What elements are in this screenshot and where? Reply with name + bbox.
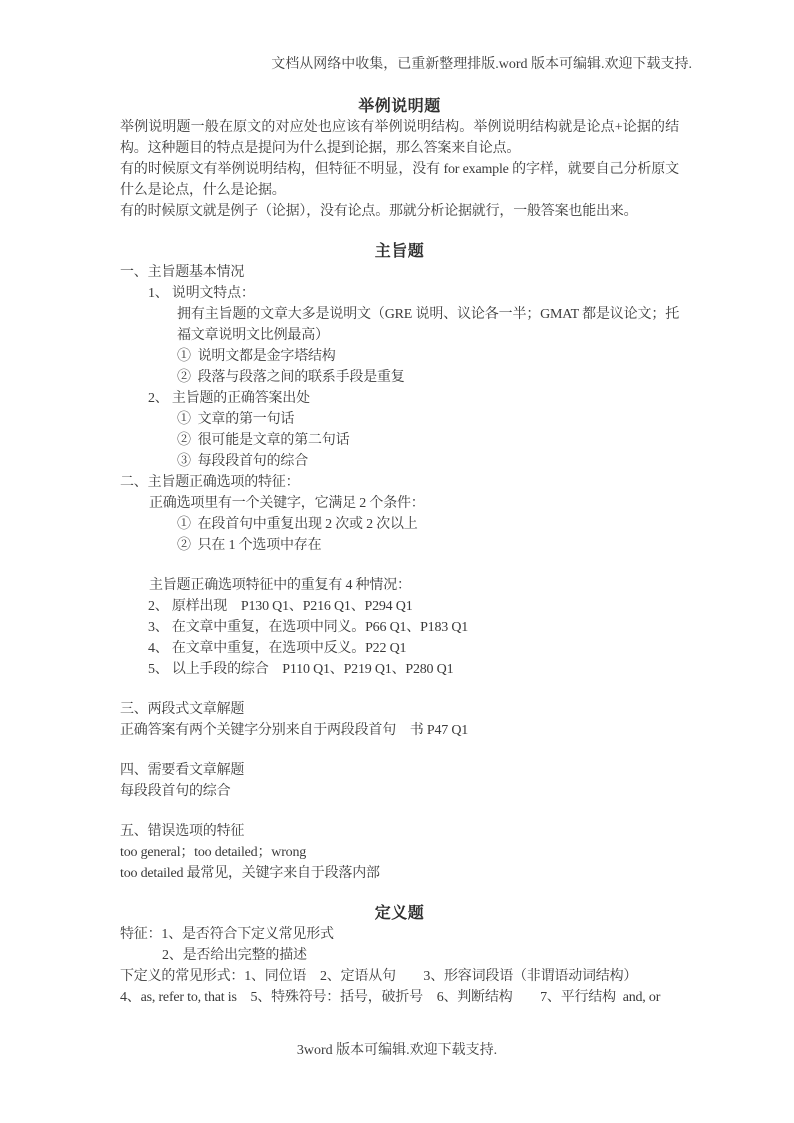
doc-line: ① 说明文都是金字塔结构: [177, 346, 679, 367]
doc-line: ① 文章的第一句话: [177, 409, 679, 430]
doc-line: 2、 原样出现 P130 Q1、P216 Q1、P294 Q1: [148, 596, 679, 617]
doc-line: ② 只在 1 个选项中存在: [177, 535, 679, 556]
doc-line: 拥有主旨题的文章大多是说明文（GRE 说明、议论各一半；GMAT 都是议论文；托…: [177, 304, 679, 346]
doc-line: 二、主旨题正确选项的特征：: [120, 472, 679, 493]
doc-line: 正确答案有两个关键字分别来自于两段段首句 书 P47 Q1: [120, 720, 679, 741]
doc-line: 特征：1、是否符合下定义常见形式: [120, 924, 679, 945]
doc-line: 2、 主旨题的正确答案出处: [148, 388, 679, 409]
doc-line: 每段段首句的综合: [120, 781, 679, 802]
doc-line: ③ 每段段首句的综合: [177, 451, 679, 472]
page-footer-note: 3word 版本可编辑.欢迎下载支持.: [0, 1040, 794, 1061]
doc-line: ① 在段首句中重复出现 2 次或 2 次以上: [177, 514, 679, 535]
doc-line: 4、as, refer to, that is 5、特殊符号：括号，破折号 6、…: [120, 987, 679, 1008]
doc-line: 3、 在文章中重复，在选项中同义。P66 Q1、P183 Q1: [148, 617, 679, 638]
section-heading: 定义题: [120, 903, 679, 924]
doc-line: 举例说明题一般在原文的对应处也应该有举例说明结构。举例说明结构就是论点+论据的结…: [120, 117, 679, 159]
document-body: 举例说明题举例说明题一般在原文的对应处也应该有举例说明结构。举例说明结构就是论点…: [120, 96, 679, 1008]
doc-line: too detailed 最常见，关键字来自于段落内部: [120, 863, 679, 884]
blank-line: [120, 802, 679, 821]
doc-line: 四、需要看文章解题: [120, 760, 679, 781]
blank-line: [120, 222, 679, 241]
section-heading: 主旨题: [120, 241, 679, 262]
page-header-note: 文档从网络中收集，已重新整理排版.word 版本可编辑.欢迎下载支持.: [120, 0, 692, 75]
document-page: 文档从网络中收集，已重新整理排版.word 版本可编辑.欢迎下载支持. 举例说明…: [0, 0, 794, 1123]
blank-line: [120, 741, 679, 760]
doc-line: too general；too detailed；wrong: [120, 842, 679, 863]
doc-line: 4、 在文章中重复，在选项中反义。P22 Q1: [148, 638, 679, 659]
doc-line: ② 很可能是文章的第二句话: [177, 430, 679, 451]
doc-line: 5、 以上手段的综合 P110 Q1、P219 Q1、P280 Q1: [148, 659, 679, 680]
doc-line: 有的时候原文有举例说明结构，但特征不明显，没有 for example 的字样，…: [120, 159, 679, 201]
doc-line: 一、主旨题基本情况: [120, 262, 679, 283]
blank-line: [120, 680, 679, 699]
doc-line: 有的时候原文就是例子（论据），没有论点。那就分析论据就行，一般答案也能出来。: [120, 201, 679, 222]
doc-line: ② 段落与段落之间的联系手段是重复: [177, 367, 679, 388]
blank-line: [120, 556, 679, 575]
doc-line: 五、错误选项的特征: [120, 821, 679, 842]
doc-line: 1、 说明文特点：: [148, 283, 679, 304]
blank-line: [120, 884, 679, 903]
doc-line: 正确选项里有一个关键字，它满足 2 个条件：: [149, 493, 679, 514]
doc-line: 三、两段式文章解题: [120, 699, 679, 720]
doc-line: 2、是否给出完整的描述: [162, 945, 679, 966]
doc-line: 主旨题正确选项特征中的重复有 4 种情况：: [149, 575, 679, 596]
section-heading: 举例说明题: [120, 96, 679, 117]
doc-line: 下定义的常见形式：1、同位语 2、定语从句 3、形容词段语（非谓语动词结构）: [120, 966, 679, 987]
